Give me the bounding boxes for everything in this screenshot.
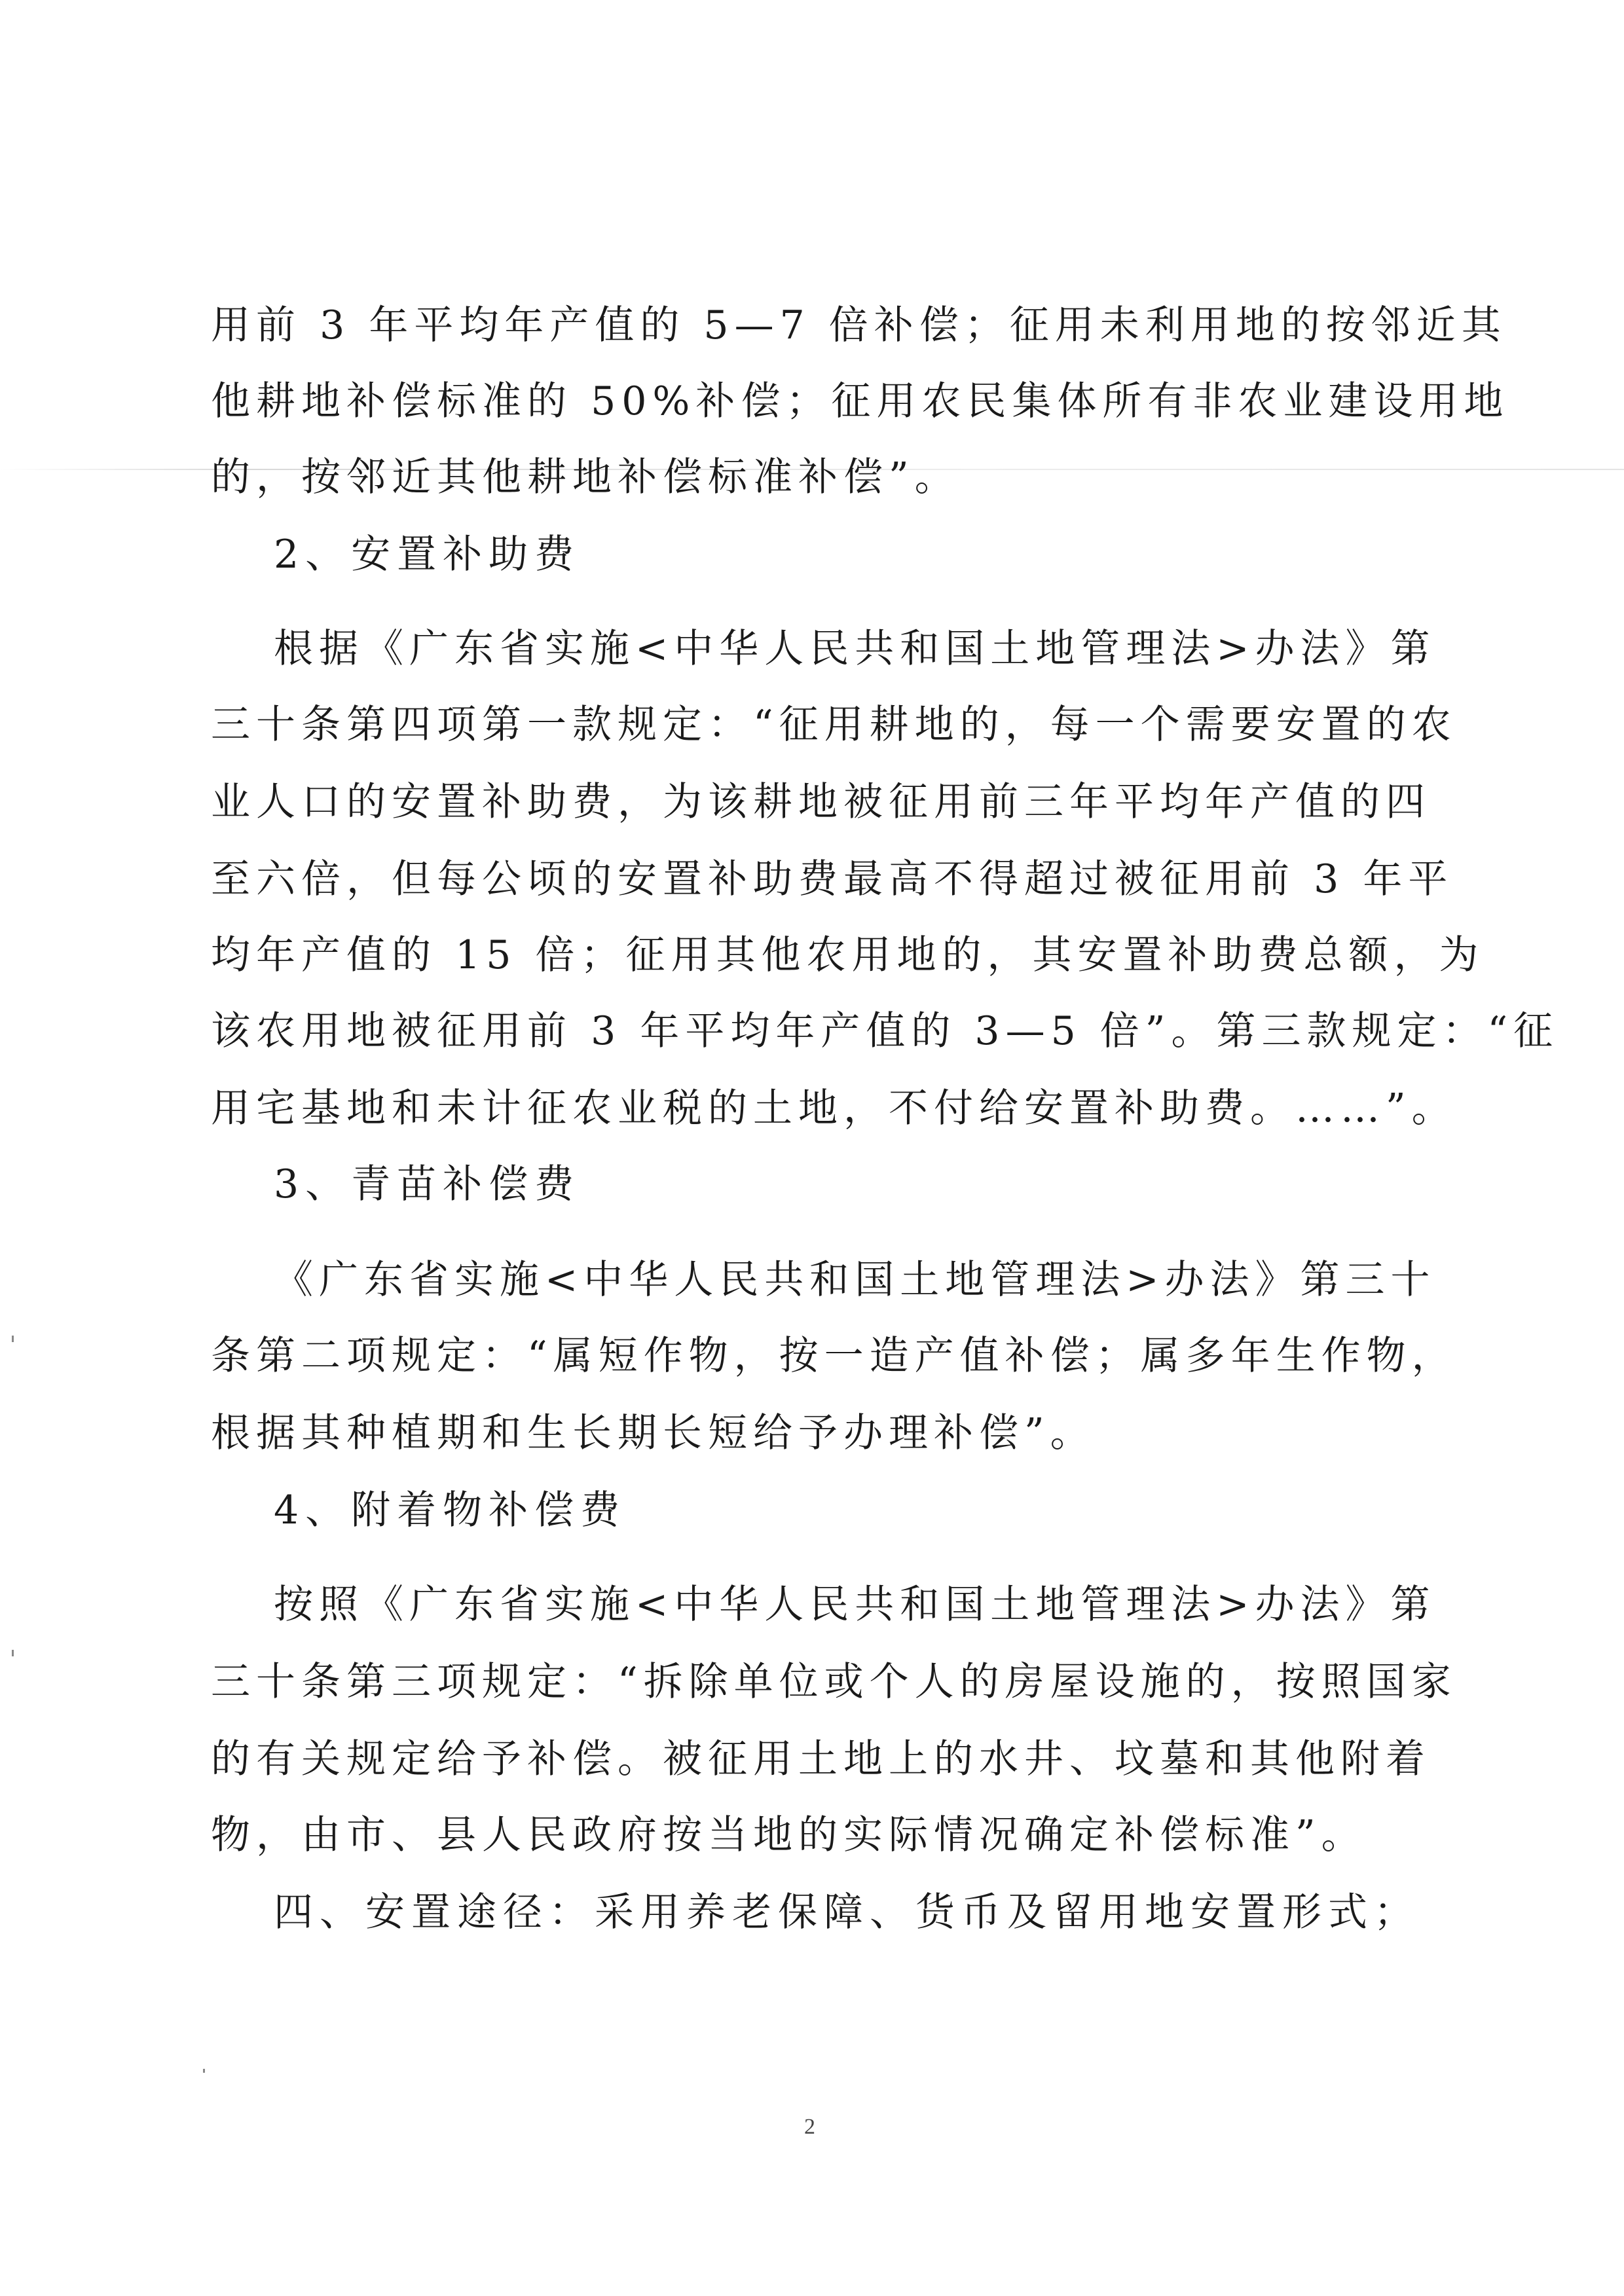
section-heading-resettlement-subsidy: 2、安置补助费	[274, 532, 580, 577]
section-heading-crop-compensation: 3、青苗补偿费	[274, 1161, 580, 1207]
body-line: 用前 3 年平均年产值的 5—7 倍补偿；征用未利用地的按邻近其	[211, 302, 1403, 348]
body-line: 根据其种植期和生长期长短给予办理补偿”。	[211, 1410, 1403, 1456]
body-line: 该农用地被征用前 3 年平均年产值的 3—5 倍”。第三款规定：“征	[211, 1008, 1403, 1054]
scan-speck	[12, 1650, 14, 1656]
section-heading-attachment-compensation: 4、附着物补偿费	[274, 1487, 626, 1533]
body-line: 均年产值的 15 倍；征用其他农用地的，其安置补助费总额，为	[211, 932, 1403, 978]
scan-speck	[203, 2069, 205, 2073]
body-line: 条第二项规定：“属短作物，按一造产值补偿；属多年生作物，	[211, 1333, 1403, 1379]
body-line: 的有关规定给予补偿。被征用土地上的水井、坟墓和其他附着	[211, 1736, 1403, 1782]
paragraph-first-line: 按照《广东省实施<中华人民共和国土地管理法>办法》第	[274, 1582, 1403, 1628]
body-line: 他耕地补偿标准的 50%补偿；征用农民集体所有非农业建设用地	[211, 378, 1403, 424]
body-line: 三十条第三项规定：“拆除单位或个人的房屋设施的，按照国家	[211, 1659, 1403, 1705]
body-line: 物，由市、县人民政府按当地的实际情况确定补偿标准”。	[211, 1812, 1403, 1858]
paragraph-first-line: 根据《广东省实施<中华人民共和国土地管理法>办法》第	[274, 626, 1403, 672]
document-page: 用前 3 年平均年产值的 5—7 倍补偿；征用未利用地的按邻近其 他耕地补偿标准…	[0, 0, 1624, 2296]
page-number: 2	[804, 2115, 815, 2140]
body-line: 的，按邻近其他耕地补偿标准补偿”。	[211, 454, 1403, 500]
paragraph-first-line: 《广东省实施<中华人民共和国土地管理法>办法》第三十	[274, 1257, 1403, 1303]
body-line: 至六倍，但每公顷的安置补助费最高不得超过被征用前 3 年平	[211, 856, 1403, 902]
section-heading-resettlement-approach: 四、安置途径：采用养老保障、货币及留用地安置形式；	[274, 1889, 1420, 1935]
body-line: 业人口的安置补助费，为该耕地被征用前三年平均年产值的四	[211, 779, 1403, 825]
scan-speck	[12, 1336, 14, 1342]
body-line: 三十条第四项第一款规定：“征用耕地的，每一个需要安置的农	[211, 702, 1403, 748]
body-line: 用宅基地和未计征农业税的土地，不付给安置补助费。……”。	[211, 1085, 1403, 1131]
